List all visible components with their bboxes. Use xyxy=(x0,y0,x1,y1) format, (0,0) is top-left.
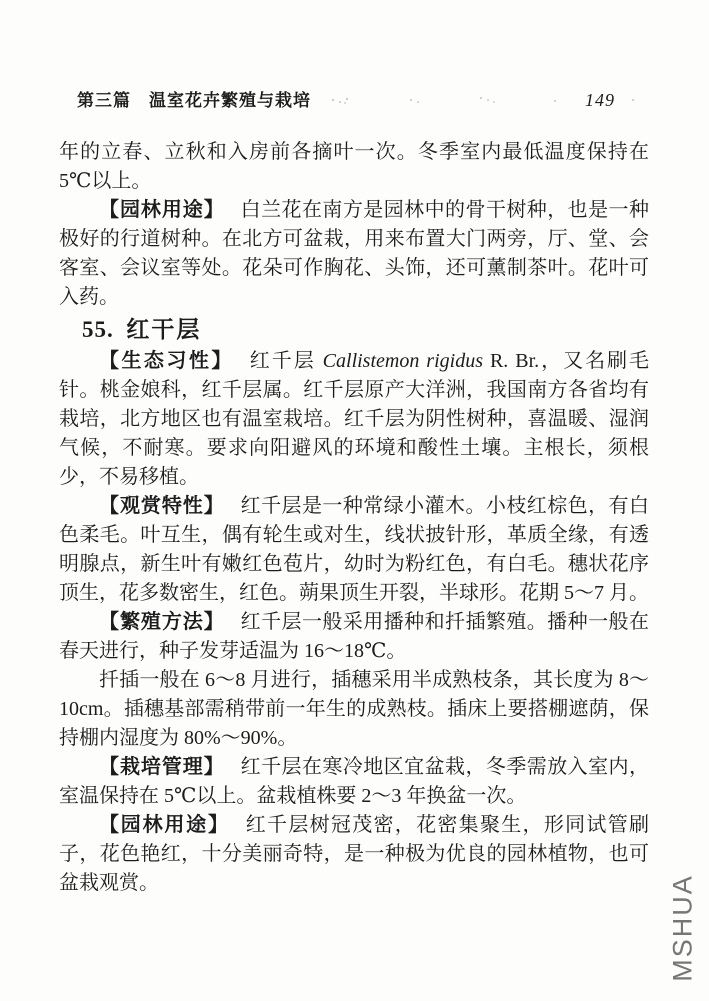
section-number: 55. xyxy=(82,317,114,342)
page-number: 149 xyxy=(585,90,615,111)
paragraph-text: 年的立春、立秋和入房前各摘叶一次。冬季室内最低温度保持在 5℃以上。 xyxy=(59,141,649,192)
paragraph-ornamental: 【观赏特性】红千层是一种常绿小灌木。小枝红棕色，有白色柔毛。叶互生，偶有轮生或对… xyxy=(59,492,649,608)
paragraph-propagation: 【繁殖方法】红千层一般采用播种和扦插繁殖。播种一般在春天进行，种子发芽适温为 1… xyxy=(59,608,649,666)
paragraph-continuation: 年的立春、立秋和入房前各摘叶一次。冬季室内最低温度保持在 5℃以上。 xyxy=(59,138,649,196)
paragraph-ecology: 【生态习性】红千层 Callistemon rigidus R. Br.，又名刷… xyxy=(59,347,649,492)
paragraph-garden-use-bailan: 【园林用途】白兰花在南方是园林中的骨干树种，也是一种极好的行道树种。在北方可盆栽… xyxy=(59,196,649,312)
running-head-title: 第三篇 温室花卉繁殖与栽培 xyxy=(77,86,311,111)
section-title: 红干层 xyxy=(126,316,201,342)
section-label-garden-use-2: 【园林用途】 xyxy=(99,814,230,836)
paragraph-cultivation: 【栽培管理】红千层在寒冷地区宜盆栽，冬季需放入室内，室温保持在 5℃以上。盆栽植… xyxy=(59,753,649,811)
section-label-propagation: 【繁殖方法】 xyxy=(99,611,225,633)
page-header: 第三篇 温室花卉繁殖与栽培 149 xyxy=(59,86,649,111)
section-label-ecology: 【生态习性】 xyxy=(99,350,234,372)
watermark-text: MSHUA xyxy=(666,871,700,986)
paragraph-garden-use-hongqianceng: 【园林用途】红千层树冠茂密，花密集聚生，形同试管刷子，花色艳红，十分美丽奇特，是… xyxy=(59,811,649,898)
paragraph-text: 红千层 xyxy=(250,350,323,372)
paragraph-text: 扦插一般在 6～8 月进行，插穗采用半成熟枝条，其长度为 8～10cm。插穗基部… xyxy=(59,669,649,749)
section-label-cultivation: 【栽培管理】 xyxy=(99,756,225,778)
book-page: 第三篇 温室花卉繁殖与栽培 149 年的立春、立秋和入房前各摘叶一次。冬季室内最… xyxy=(0,0,709,1001)
latin-species-name: Callistemon rigidus xyxy=(323,350,483,372)
section-label-ornamental: 【观赏特性】 xyxy=(99,495,225,517)
paragraph-cutting: 扦插一般在 6～8 月进行，插穗采用半成熟枝条，其长度为 8～10cm。插穗基部… xyxy=(59,666,649,753)
section-heading: 55.红干层 xyxy=(59,312,649,347)
section-label-garden-use: 【园林用途】 xyxy=(99,199,225,221)
page-body: 年的立春、立秋和入房前各摘叶一次。冬季室内最低温度保持在 5℃以上。 【园林用途… xyxy=(59,138,649,898)
scan-noise-specks xyxy=(332,99,334,101)
